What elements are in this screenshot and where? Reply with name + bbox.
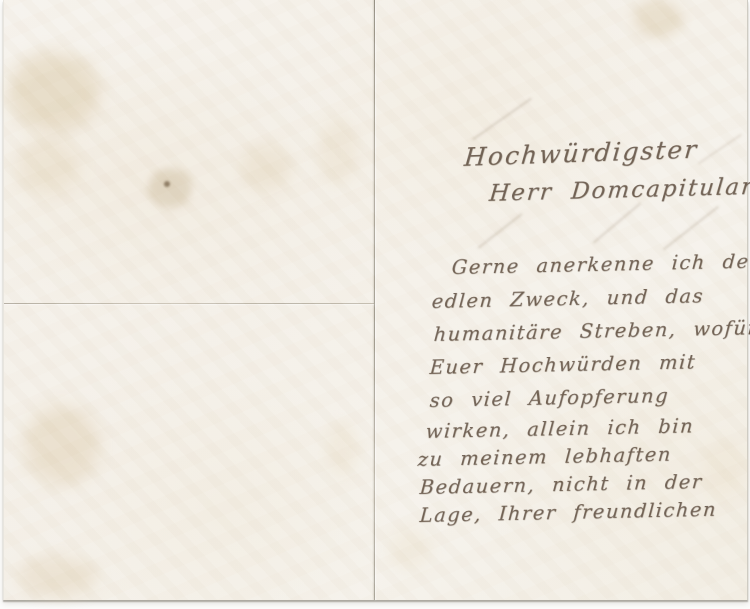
letter-body-line: Bedauern, nicht in der [419, 470, 703, 499]
stain-left-upper [16, 138, 80, 196]
letter-body-line: edlen Zweck, und das [431, 284, 705, 313]
letter-body-line: wirken, allein ich bin [425, 414, 695, 443]
letter-paper-sheet: Hochwürdigster Herr Domcapitular ! Gerne… [3, 0, 748, 600]
stain-bottom-left [18, 556, 98, 598]
ink-showthrough-mark [472, 98, 532, 141]
horizontal-fold-crease [4, 303, 374, 304]
stain-left-middle [24, 405, 100, 485]
letter-body-line: so viel Aufopferung [429, 384, 670, 412]
ink-showthrough-mark [593, 202, 642, 243]
letter-body-line: Lage, Ihrer freundlichen [419, 498, 718, 527]
stain-right-page-top [633, 0, 683, 38]
stain-right-page-lower [389, 528, 431, 570]
stain-right-edge [701, 440, 747, 498]
ink-showthrough-mark [477, 213, 522, 249]
letter-body-line: Euer Hochwürden mit [429, 350, 697, 379]
letter-photograph: Hochwürdigster Herr Domcapitular ! Gerne… [0, 0, 750, 609]
stain-small-dark [148, 168, 192, 208]
ink-showthrough-mark [663, 206, 719, 251]
letter-body-line: Gerne anerkenne ich den [451, 249, 750, 279]
letter-heading-line-2: Herr Domcapitular ! [488, 173, 750, 207]
stain-mid-upper [240, 144, 292, 192]
ink-showthrough-mark [698, 134, 742, 165]
stain-near-fold-upper [318, 118, 358, 184]
letter-body-line: humanitäre Streben, wofür [433, 316, 750, 346]
stain-near-fold-lower [326, 422, 358, 476]
stain-dark-speck [164, 181, 170, 187]
letter-body-line: zu meinem lebhaften [417, 443, 673, 471]
letter-heading-line-1: Hochwürdigster [463, 135, 699, 172]
stain-top-left [8, 52, 100, 132]
vertical-fold-crease [374, 0, 375, 600]
